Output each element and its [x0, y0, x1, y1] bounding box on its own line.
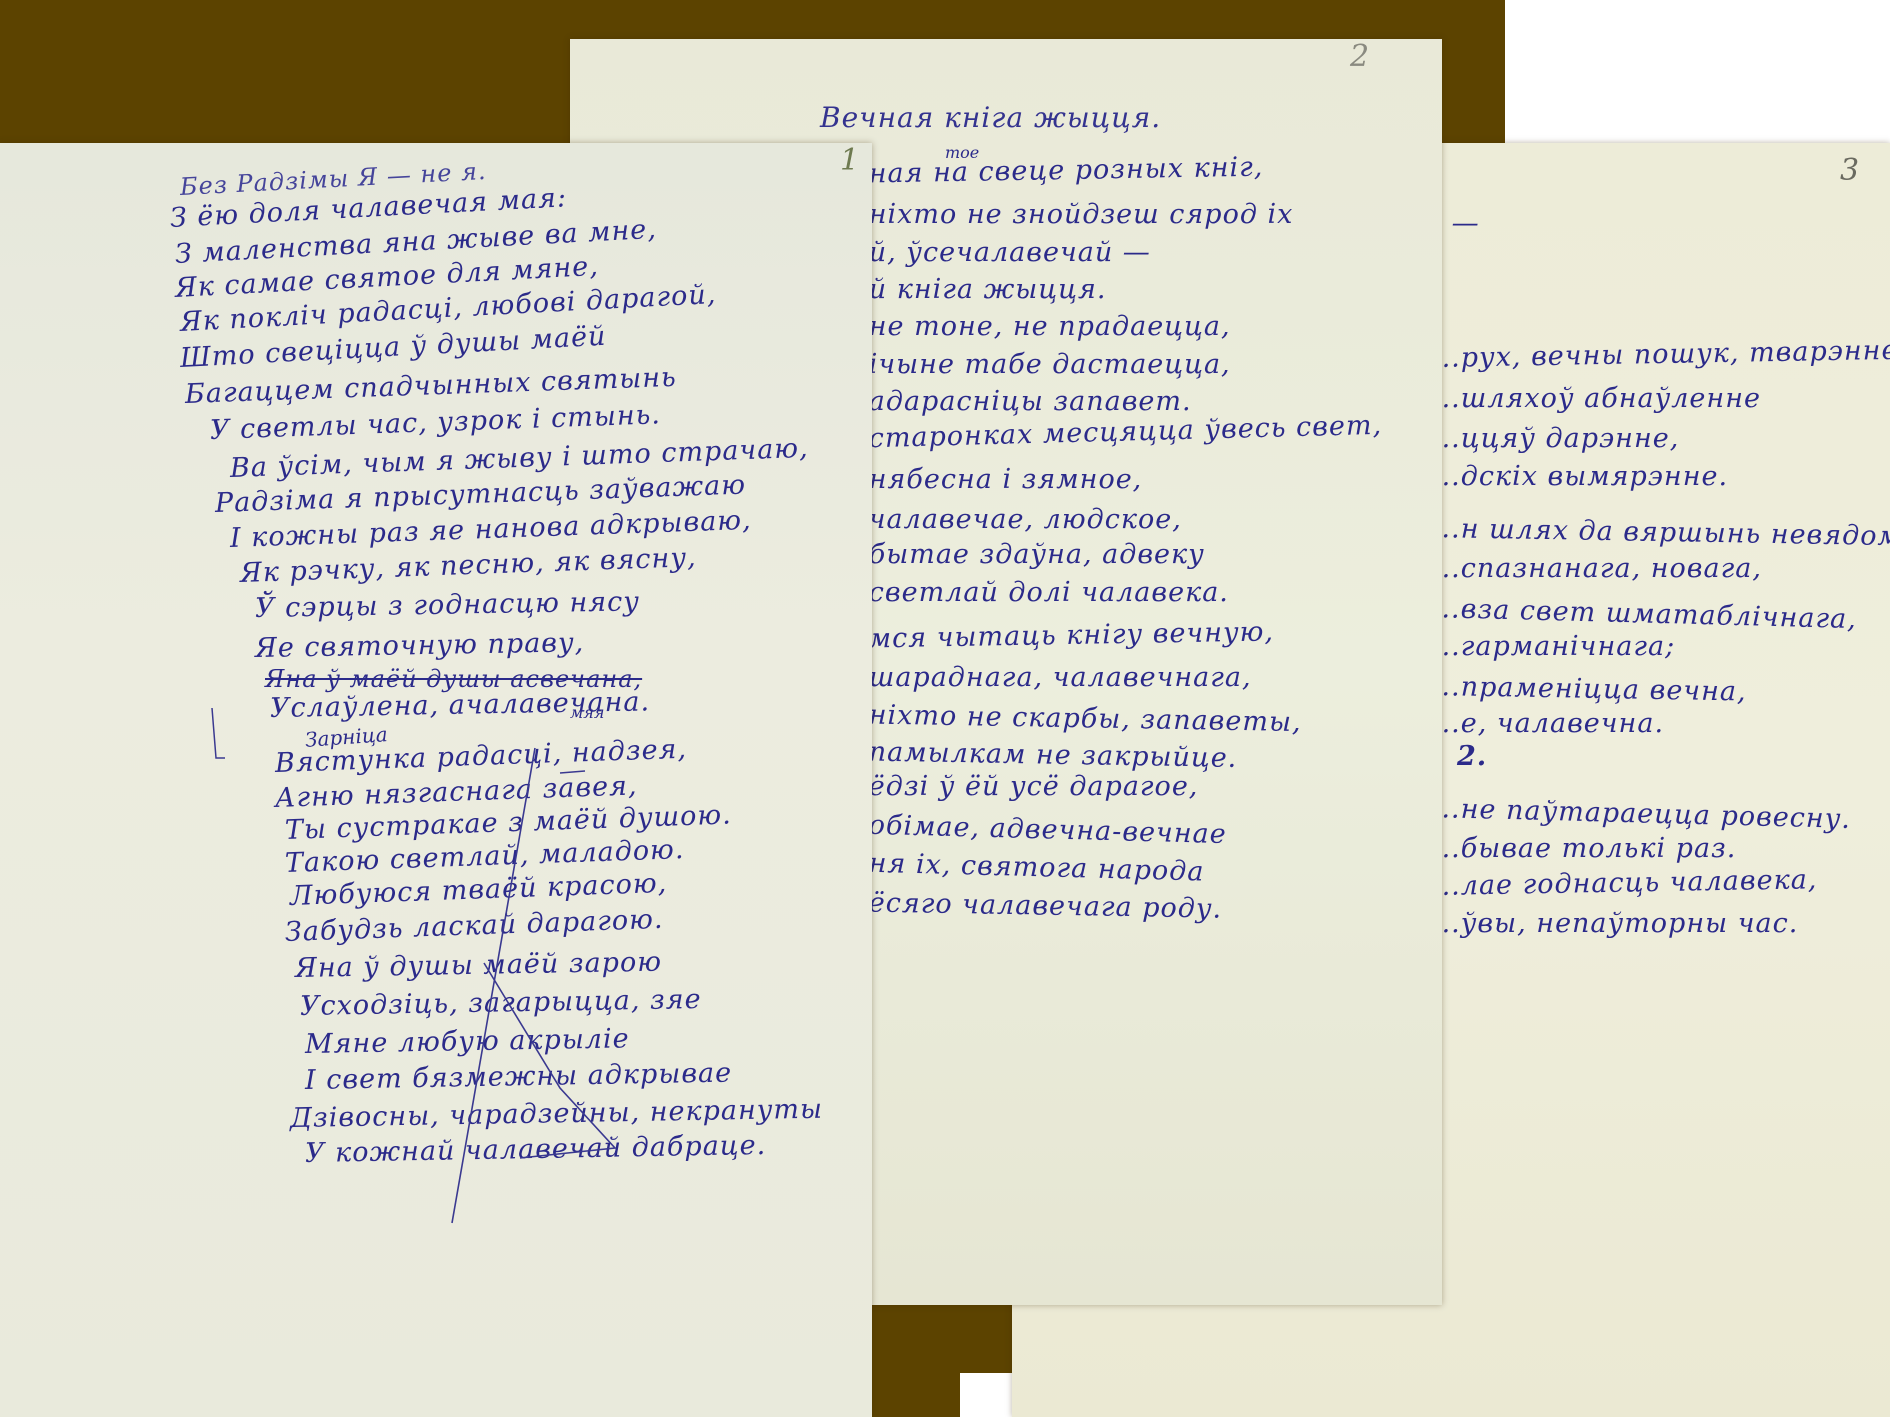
insert-note: мяя — [570, 703, 604, 722]
text-line: ...мся чытаць кнігу вечную, — [840, 616, 1275, 655]
text-line: ...ёдзі ў ёй усё дарагое, — [840, 771, 1198, 802]
text-line: ...рух, вечны пошук, тварэнне, — [1432, 335, 1890, 374]
text-line: ...памылкам не закрыйце. — [840, 736, 1238, 774]
text-line: У кожнай чалавечай дабраце. — [305, 1130, 767, 1169]
text-line: ...бывае толькі раз. — [1432, 833, 1736, 864]
text-line: ...ная на свеце розных кніг, — [840, 152, 1264, 190]
text-line: ...вза свет шматаблічнага, — [1432, 593, 1858, 635]
text-line: ...ічыне табе дастаецца, — [840, 349, 1231, 380]
text-line: ...бытае здаўна, адвеку — [840, 539, 1205, 570]
page-number: 1 — [840, 143, 859, 178]
text-line: ...ццяў дарэнне, — [1432, 423, 1679, 454]
text-line: ...обімае, адвечна-вечнае — [840, 809, 1227, 850]
text-line: ...ўвы, непаўторны час. — [1432, 908, 1798, 939]
page-number: 3 — [1840, 153, 1859, 188]
text-line: ...чалавечае, людское, — [840, 504, 1182, 535]
background-white-notch — [960, 1373, 1012, 1417]
text-line: Дзівосны, чарадзейны, некрануты — [290, 1094, 824, 1134]
text-line: Усходзіць, загарыцца, зяе — [300, 984, 702, 1022]
text-line: Забудзь ласкай дарагою. — [284, 904, 663, 948]
text-line: ...лае годнасць чалавека, — [1432, 864, 1818, 902]
text-line: Яна ў душы маёй зарою — [295, 947, 663, 984]
section-number: 2. — [1457, 741, 1487, 772]
background-brown-bottom — [872, 1305, 1012, 1373]
text-line: ...е, чалавечна. — [1432, 708, 1664, 739]
text-line: ...шараднага, чалавечнага, — [840, 662, 1252, 693]
text-line: ...нябесна і зямное, — [840, 464, 1142, 495]
text-line: І свет бязмежны адкрывае — [305, 1058, 733, 1096]
background-brown-bottom-left — [872, 1373, 960, 1417]
text-line: Ў сэрцы з годнасцю нясу — [255, 586, 640, 624]
page-number: 2 — [1350, 39, 1369, 74]
text-line: ...ня іх, святога народа — [840, 847, 1205, 888]
text-line: ...ніхто не скарбы, запаветы, — [840, 699, 1302, 738]
text-line: ...светлай долі чалавека. — [840, 577, 1229, 608]
text-line: ...шляхоў абнаўленне — [1432, 383, 1761, 414]
text-line: ...дскіх вымярэнне. — [1432, 461, 1728, 492]
text-line: ...не паўтараецца ровесну. — [1432, 793, 1852, 835]
page-title: Вечная кніга жыцця. — [820, 101, 1161, 134]
text-line: ...й кніга жыцця. — [840, 274, 1106, 305]
text-line: ...адарасніцы запавет. — [840, 386, 1192, 417]
manuscript-page-1: 1 Без Радзімы Я — не я. З ёю доля чалаве… — [0, 143, 872, 1417]
text-line: ...ёсяго чалавечага роду. — [840, 887, 1223, 925]
text-line: Яе святочную праву, — [255, 627, 585, 664]
text-line: ...не тоне, не прадаецца, — [840, 311, 1231, 342]
text-line: ...праменіцца вечна, — [1432, 671, 1747, 707]
text-line: ...ніхто не знойдзеш сярод іх — [840, 199, 1293, 230]
text-line: Мяне любую акрыліе — [305, 1023, 630, 1060]
text-line: ...спазнанага, новага, — [1432, 553, 1762, 584]
text-line: ...й, ўсечалавечай — — [840, 237, 1151, 268]
text-line: ...гарманічнага; — [1432, 631, 1675, 662]
text-line: ...н шлях да вяршынь невядомага, — [1432, 513, 1890, 553]
